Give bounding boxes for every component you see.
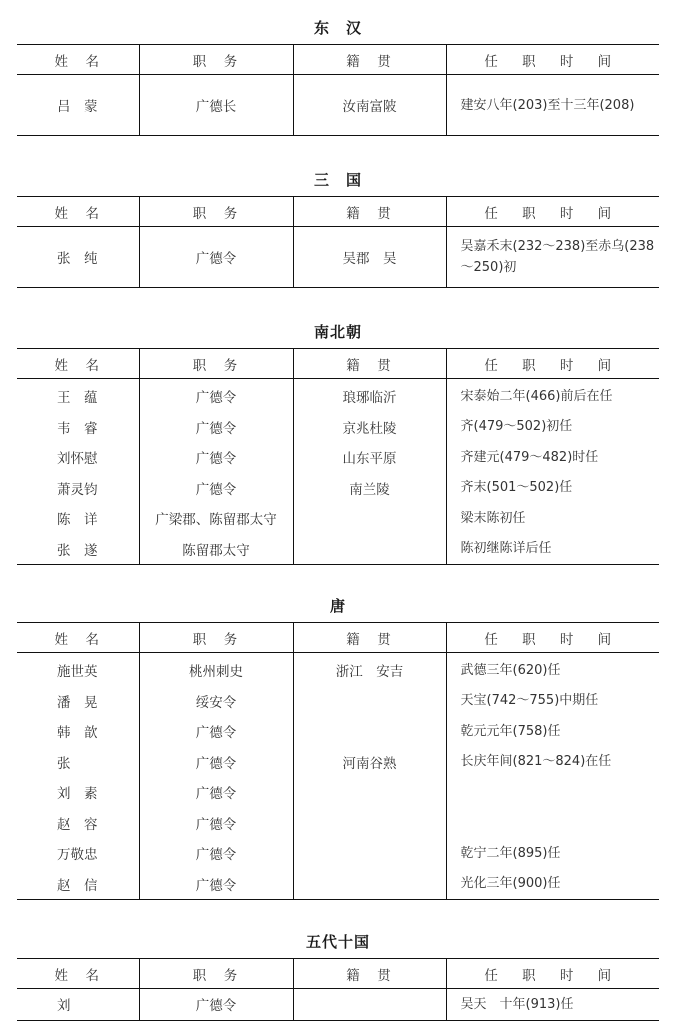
header-origin: 籍 贯 bbox=[293, 45, 446, 75]
header-time: 任 职 时 间 bbox=[446, 45, 659, 75]
cell-time bbox=[446, 808, 659, 839]
section-title: 唐 bbox=[17, 595, 659, 616]
cell-time: 宋泰始二年(466)前后在任 bbox=[446, 379, 659, 412]
header-name: 姓 名 bbox=[17, 197, 139, 227]
officials-table: 姓 名 职 务 籍 贯 任 职 时 间 王 蕴 广德令 琅琊临沂 宋泰始二年(4… bbox=[17, 348, 659, 565]
table-row: 刘 𬑔 广德令 吴天 十年(913)任 bbox=[17, 989, 659, 1021]
table-row: 陈 详 广梁郡、陈留郡太守 梁末陈初任 bbox=[17, 503, 659, 534]
header-origin: 籍 贯 bbox=[293, 197, 446, 227]
table-row: 吕 蒙 广德长 汝南富陂 建安八年(203)至十三年(208) bbox=[17, 75, 659, 136]
cell-origin: 山东平原 bbox=[293, 442, 446, 473]
cell-origin: 浙江 安吉 bbox=[293, 653, 446, 686]
cell-name: 刘 𬑔 bbox=[17, 989, 139, 1021]
header-name: 姓 名 bbox=[17, 623, 139, 653]
cell-post: 广德长 bbox=[139, 75, 293, 136]
table-row: 萧灵钧 广德令 南兰陵 齐末(501～502)任 bbox=[17, 473, 659, 504]
cell-name: 王 蕴 bbox=[17, 379, 139, 412]
section-title: 南北朝 bbox=[17, 321, 659, 342]
cell-origin: 京兆杜陵 bbox=[293, 412, 446, 443]
cell-time: 长庆年间(821～824)在任 bbox=[446, 747, 659, 778]
table-row: 张 纯 广德令 吴郡 吴 吴嘉禾末(232～238)至赤乌(238～250)初 bbox=[17, 227, 659, 288]
cell-post: 广德令 bbox=[139, 838, 293, 869]
table-row: 赵 信 广德令 光化三年(900)任 bbox=[17, 869, 659, 900]
table-row: 张 广德令 河南谷熟 长庆年间(821～824)在任 bbox=[17, 747, 659, 778]
cell-post: 绥安令 bbox=[139, 686, 293, 717]
table-row: 万敬忠 广德令 乾宁二年(895)任 bbox=[17, 838, 659, 869]
header-row: 姓 名 职 务 籍 贯 任 职 时 间 bbox=[17, 959, 659, 989]
cell-name: 张 纯 bbox=[17, 227, 139, 288]
cell-name: 韩 歆 bbox=[17, 716, 139, 747]
cell-name: 刘 素 bbox=[17, 777, 139, 808]
cell-origin: 南兰陵 bbox=[293, 473, 446, 504]
cell-time bbox=[446, 777, 659, 808]
cell-origin bbox=[293, 503, 446, 534]
cell-time: 陈初继陈详后任 bbox=[446, 534, 659, 565]
cell-post: 广德令 bbox=[139, 412, 293, 443]
cell-post: 广梁郡、陈留郡太守 bbox=[139, 503, 293, 534]
cell-name: 陈 详 bbox=[17, 503, 139, 534]
cell-name: 张 bbox=[17, 747, 139, 778]
header-origin: 籍 贯 bbox=[293, 959, 446, 989]
cell-origin bbox=[293, 686, 446, 717]
table-row: 韩 歆 广德令 乾元元年(758)任 bbox=[17, 716, 659, 747]
cell-name: 万敬忠 bbox=[17, 838, 139, 869]
cell-post: 广德令 bbox=[139, 379, 293, 412]
header-post: 职 务 bbox=[139, 349, 293, 379]
cell-name: 刘怀慰 bbox=[17, 442, 139, 473]
table-row: 刘怀慰 广德令 山东平原 齐建元(479～482)时任 bbox=[17, 442, 659, 473]
officials-table: 姓 名 职 务 籍 贯 任 职 时 间 施世英 桃州刺史 浙江 安吉 武德三年(… bbox=[17, 622, 659, 900]
table-row: 赵 容 广德令 bbox=[17, 808, 659, 839]
cell-time: 齐建元(479～482)时任 bbox=[446, 442, 659, 473]
cell-name: 潘 晃 bbox=[17, 686, 139, 717]
cell-post: 广德令 bbox=[139, 989, 293, 1021]
cell-post: 广德令 bbox=[139, 808, 293, 839]
header-time: 任 职 时 间 bbox=[446, 623, 659, 653]
cell-time: 齐(479～502)初任 bbox=[446, 412, 659, 443]
cell-post: 广德令 bbox=[139, 227, 293, 288]
cell-post: 广德令 bbox=[139, 442, 293, 473]
header-post: 职 务 bbox=[139, 959, 293, 989]
officials-table: 姓 名 职 务 籍 贯 任 职 时 间 吕 蒙 广德长 汝南富陂 建安八年(20… bbox=[17, 44, 659, 136]
cell-name: 韦 睿 bbox=[17, 412, 139, 443]
cell-time: 光化三年(900)任 bbox=[446, 869, 659, 900]
cell-origin bbox=[293, 808, 446, 839]
section-title: 五代十国 bbox=[17, 931, 659, 952]
table-row: 刘 素 广德令 bbox=[17, 777, 659, 808]
cell-name: 萧灵钧 bbox=[17, 473, 139, 504]
cell-origin: 吴郡 吴 bbox=[293, 227, 446, 288]
header-post: 职 务 bbox=[139, 45, 293, 75]
cell-time: 吴天 十年(913)任 bbox=[446, 989, 659, 1021]
header-name: 姓 名 bbox=[17, 959, 139, 989]
table-row: 韦 睿 广德令 京兆杜陵 齐(479～502)初任 bbox=[17, 412, 659, 443]
header-row: 姓 名 职 务 籍 贯 任 职 时 间 bbox=[17, 45, 659, 75]
cell-origin bbox=[293, 838, 446, 869]
cell-time: 乾宁二年(895)任 bbox=[446, 838, 659, 869]
header-post: 职 务 bbox=[139, 197, 293, 227]
cell-time: 天宝(742～755)中期任 bbox=[446, 686, 659, 717]
header-row: 姓 名 职 务 籍 贯 任 职 时 间 bbox=[17, 197, 659, 227]
cell-post: 陈留郡太守 bbox=[139, 534, 293, 565]
cell-origin bbox=[293, 869, 446, 900]
header-row: 姓 名 职 务 籍 贯 任 职 时 间 bbox=[17, 349, 659, 379]
cell-origin: 汝南富陂 bbox=[293, 75, 446, 136]
header-time: 任 职 时 间 bbox=[446, 349, 659, 379]
section-title: 东 汉 bbox=[17, 17, 659, 38]
cell-time: 武德三年(620)任 bbox=[446, 653, 659, 686]
cell-name: 施世英 bbox=[17, 653, 139, 686]
cell-time: 吴嘉禾末(232～238)至赤乌(238～250)初 bbox=[446, 227, 659, 288]
table-row: 王 蕴 广德令 琅琊临沂 宋泰始二年(466)前后在任 bbox=[17, 379, 659, 412]
cell-origin: 琅琊临沂 bbox=[293, 379, 446, 412]
cell-origin bbox=[293, 534, 446, 565]
cell-post: 广德令 bbox=[139, 473, 293, 504]
cell-post: 广德令 bbox=[139, 716, 293, 747]
cell-origin bbox=[293, 777, 446, 808]
header-origin: 籍 贯 bbox=[293, 349, 446, 379]
cell-post: 广德令 bbox=[139, 777, 293, 808]
cell-origin: 河南谷熟 bbox=[293, 747, 446, 778]
cell-time: 建安八年(203)至十三年(208) bbox=[446, 75, 659, 136]
header-row: 姓 名 职 务 籍 贯 任 职 时 间 bbox=[17, 623, 659, 653]
cell-origin bbox=[293, 989, 446, 1021]
header-post: 职 务 bbox=[139, 623, 293, 653]
header-origin: 籍 贯 bbox=[293, 623, 446, 653]
officials-table: 姓 名 职 务 籍 贯 任 职 时 间 刘 𬑔 广德令 吴天 十年(913)任 bbox=[17, 958, 659, 1021]
table-row: 潘 晃 绥安令 天宝(742～755)中期任 bbox=[17, 686, 659, 717]
cell-time: 齐末(501～502)任 bbox=[446, 473, 659, 504]
cell-post: 广德令 bbox=[139, 869, 293, 900]
cell-name: 张 遂 bbox=[17, 534, 139, 565]
cell-name: 吕 蒙 bbox=[17, 75, 139, 136]
officials-table: 姓 名 职 务 籍 贯 任 职 时 间 张 纯 广德令 吴郡 吴 吴嘉禾末(23… bbox=[17, 196, 659, 288]
section-title: 三 国 bbox=[17, 169, 659, 190]
table-row: 施世英 桃州刺史 浙江 安吉 武德三年(620)任 bbox=[17, 653, 659, 686]
cell-name: 赵 容 bbox=[17, 808, 139, 839]
cell-time: 梁末陈初任 bbox=[446, 503, 659, 534]
cell-origin bbox=[293, 716, 446, 747]
cell-post: 广德令 bbox=[139, 747, 293, 778]
cell-name: 赵 信 bbox=[17, 869, 139, 900]
header-name: 姓 名 bbox=[17, 349, 139, 379]
cell-post: 桃州刺史 bbox=[139, 653, 293, 686]
header-time: 任 职 时 间 bbox=[446, 197, 659, 227]
cell-time: 乾元元年(758)任 bbox=[446, 716, 659, 747]
table-row: 张 遂 陈留郡太守 陈初继陈详后任 bbox=[17, 534, 659, 565]
header-time: 任 职 时 间 bbox=[446, 959, 659, 989]
header-name: 姓 名 bbox=[17, 45, 139, 75]
